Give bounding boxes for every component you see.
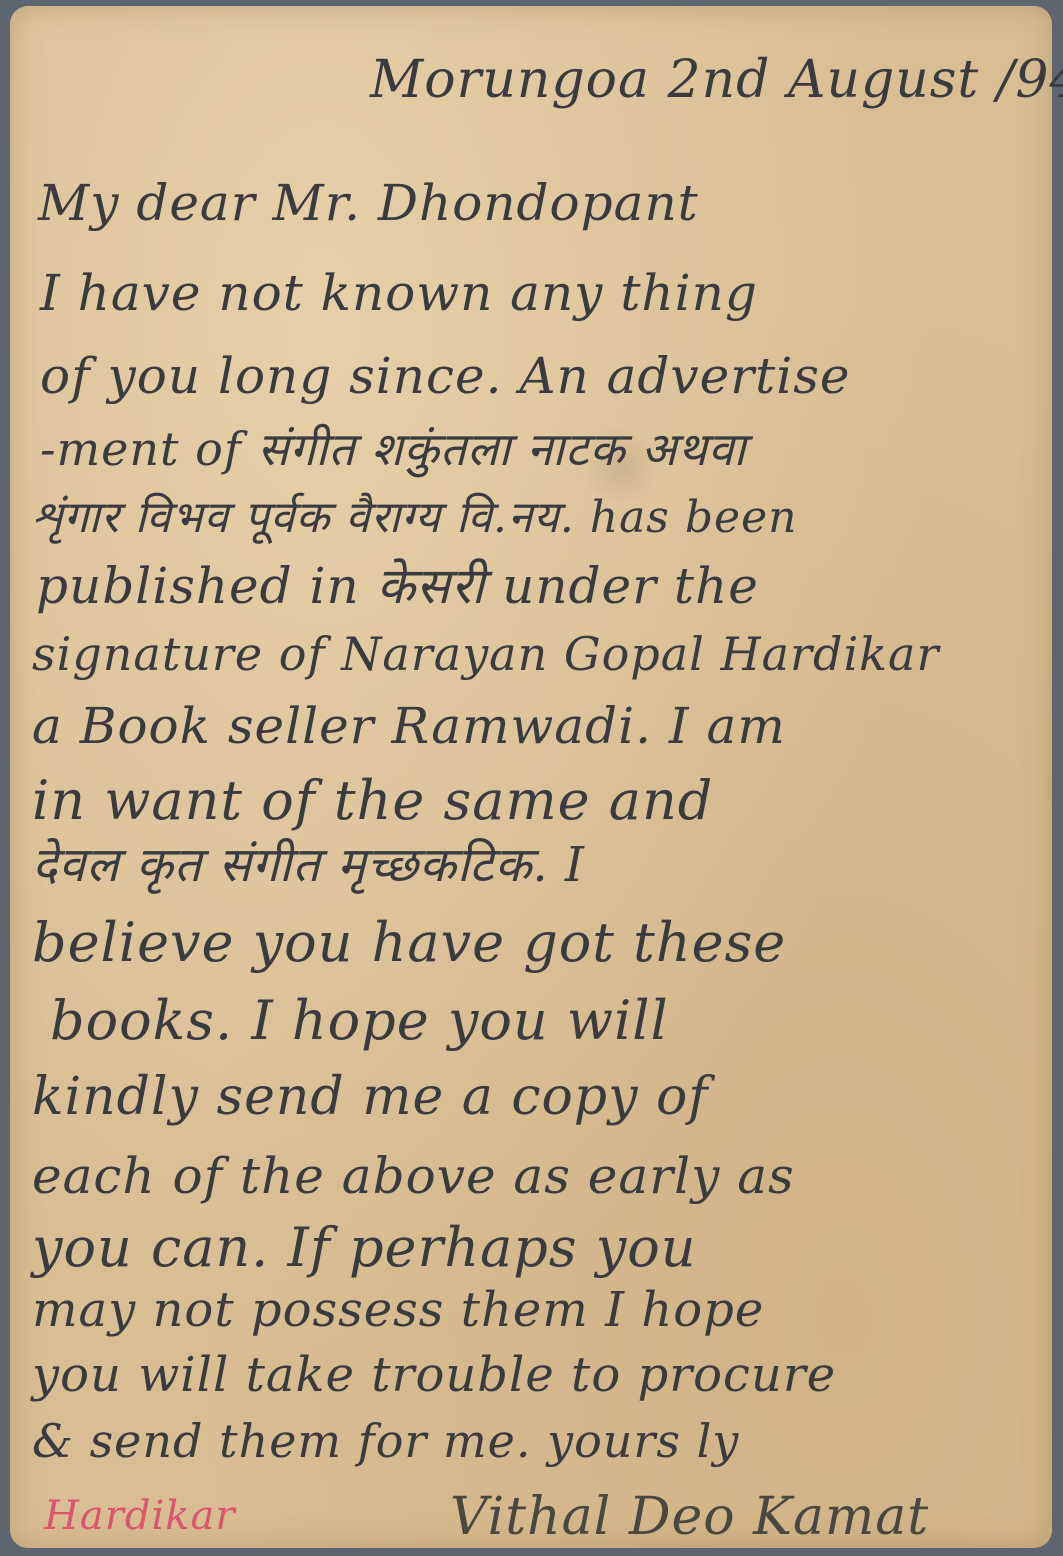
body-line: in want of the same and	[32, 774, 713, 828]
body-line: published in केसरी under the	[36, 561, 759, 611]
body-line: of you long since. An advertise	[40, 351, 850, 401]
body-line: books. I hope you will	[50, 994, 669, 1048]
body-line: may not possess them I hope	[32, 1286, 764, 1334]
body-line: each of the above as early as	[32, 1151, 795, 1201]
body-line: you can. If perhaps you	[32, 1221, 697, 1275]
margin-note: Hardikar	[44, 1496, 235, 1536]
date-line: Morungoa 2nd August /94	[370, 54, 1063, 106]
body-line: -ment of संगीत शकुंतला नाटक अथवा	[40, 426, 746, 472]
body-line: शृंगार विभव पूर्वक वैराग्य वि.नय. has be…	[32, 496, 797, 540]
body-line: I have not known any thing	[40, 268, 758, 318]
body-line: kindly send me a copy of	[32, 1071, 709, 1123]
body-line: signature of Narayan Gopal Hardikar	[32, 631, 939, 677]
body-line: you will take trouble to procure	[32, 1351, 836, 1399]
body-line: a Book seller Ramwadi. I am	[32, 701, 786, 751]
salutation: My dear Mr. Dhondopant	[38, 178, 699, 228]
postcard: Morungoa 2nd August /94 My dear Mr. Dhon…	[10, 6, 1052, 1548]
body-line: believe you have got these	[32, 916, 786, 970]
body-line: देवल कृत संगीत मृच्छकटिक. I	[32, 841, 585, 889]
signature: Vithal Deo Kamat	[450, 1491, 929, 1543]
body-line: & send them for me. yours ly	[32, 1418, 739, 1464]
